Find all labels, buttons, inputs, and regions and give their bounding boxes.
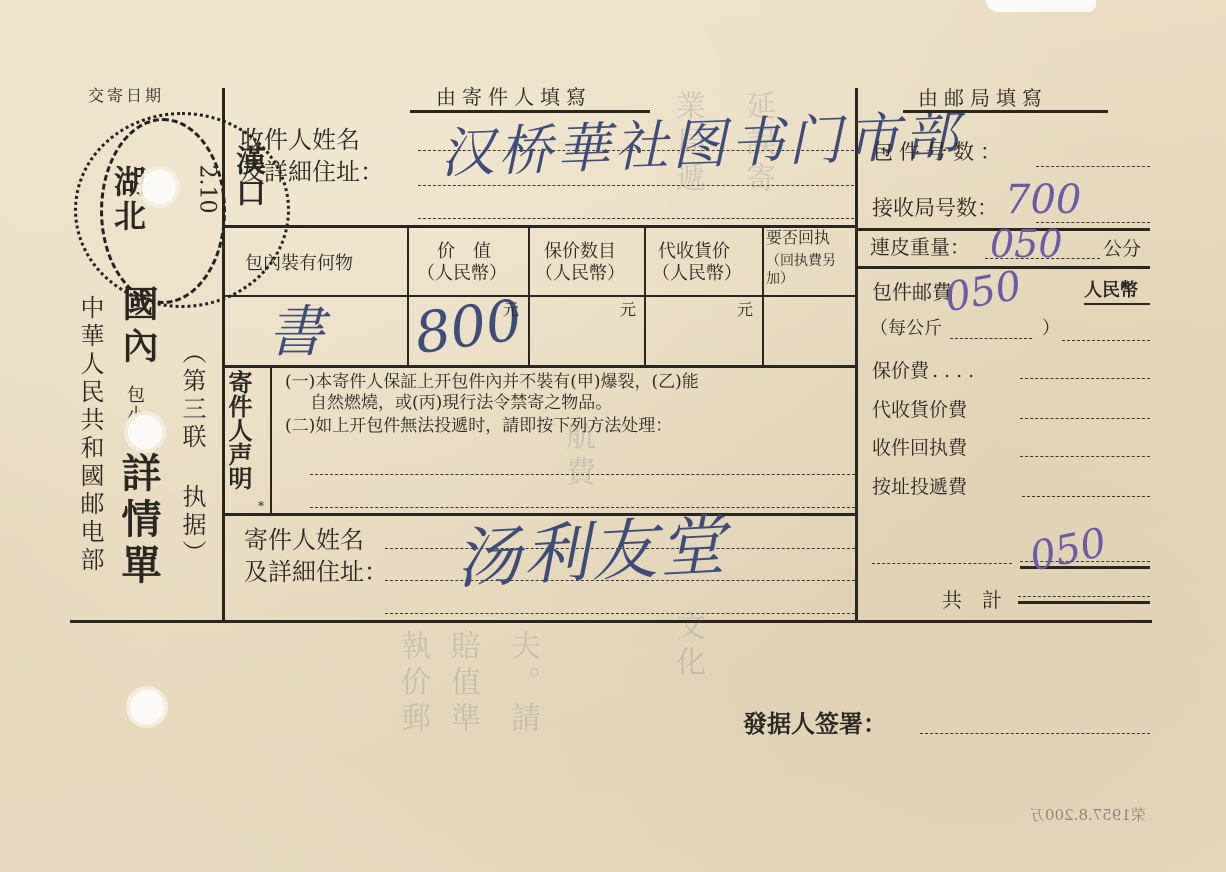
post-office-header: 由邮局填寫	[918, 88, 1048, 108]
declaration-divider	[270, 366, 272, 514]
currency-underline	[1084, 303, 1150, 305]
table-col-divider	[762, 226, 764, 366]
issuer-vertical: 中華人民共和國邮电部	[78, 295, 102, 575]
postmark-date: 2.10	[195, 165, 217, 214]
table-col-divider	[407, 226, 409, 366]
contents-handwritten[interactable]: 書	[268, 305, 324, 361]
instruction-line	[310, 507, 855, 508]
sender-line	[385, 613, 855, 614]
insurance-fee-label: 保价費	[872, 362, 929, 381]
recipient-label-2: 及詳細住址：	[240, 160, 384, 184]
col-insured-label: 保价数目	[544, 243, 616, 261]
parcel-number-label: 包件号数：	[872, 142, 1007, 163]
receiving-office-label: 接收局号数：	[872, 198, 998, 219]
frame-bottom-line	[70, 620, 1152, 623]
per-kg-label: （每公斤	[870, 320, 942, 338]
instruction-line	[310, 474, 855, 475]
bleed-through-text: 賠值準	[440, 630, 484, 738]
per-kg-close: ）	[1042, 320, 1060, 338]
declaration-line-1a: (一)本寄件人保証上开包件內并不裝有(甲)爆裂，(乙)能	[285, 374, 699, 391]
cod-fee-field[interactable]	[1020, 418, 1150, 419]
col-value-currency: （人民幣）	[417, 265, 507, 283]
issuer-signature-label: 發据人签署：	[743, 712, 887, 736]
declaration-line-2: (二)如上开包件無法投遞时，請即按下列方法处理：	[285, 418, 672, 435]
torn-edge	[986, 0, 1096, 12]
table-col-divider	[644, 226, 646, 366]
bleed-through-text: 執价郵	[390, 630, 434, 738]
sender-top-line	[222, 513, 857, 516]
delivery-fee-label: 按址投遞費	[872, 478, 967, 497]
postage-currency: 人民幣	[1084, 282, 1138, 300]
declaration-mark: *	[258, 500, 264, 512]
col-insured-currency: （人民幣）	[535, 265, 625, 283]
weight-handwritten[interactable]: 050	[990, 225, 1063, 263]
postal-form-paper: 業局遞 延誤寄 航費 執价郵 賠值準 夫。請 文化 交寄日期 湖北 漢口 2.1…	[0, 0, 1226, 872]
col-contents-label: 包內裝有何物	[245, 255, 353, 273]
postage-label: 包件邮費	[872, 282, 952, 302]
col-receipt-note: （回执費另加）	[766, 252, 854, 288]
col-cod-label: 代收貨价	[658, 243, 730, 261]
col-cod-currency: （人民幣）	[652, 265, 742, 283]
insured-unit: 元	[620, 302, 636, 318]
weight-unit: 公分	[1103, 240, 1141, 259]
punch-hole	[130, 690, 164, 724]
weight-label: 連皮重量：	[870, 237, 970, 257]
delivery-fee-field[interactable]	[1022, 496, 1150, 497]
declaration-line-1b: 自然燃燒，或(丙)現行法令禁寄之物品。	[310, 395, 612, 412]
insurance-fee-field[interactable]	[1020, 378, 1150, 379]
sender-handwritten[interactable]: 汤利友堂	[453, 513, 728, 593]
copy-note: （第三联 执据）	[180, 340, 204, 568]
postage-amount-field[interactable]	[1062, 340, 1150, 341]
cod-unit: 元	[737, 302, 753, 318]
bleed-through-text: 夫。請	[500, 630, 544, 738]
cod-fee-label: 代收貨价費	[872, 401, 967, 420]
recipient-line	[418, 185, 854, 186]
receiving-office-handwritten[interactable]: 700	[1005, 180, 1081, 220]
total-label: 共 計	[942, 590, 1002, 610]
postmark-left-text: 湖北	[112, 165, 144, 233]
receipt-fee-field[interactable]	[1020, 456, 1150, 457]
subtotal-handwritten[interactable]: 050	[1027, 522, 1110, 577]
print-mark: 荣1957.8.200万	[1030, 808, 1146, 823]
sender-label-1: 寄件人姓名	[244, 528, 364, 552]
header-underline	[903, 110, 1108, 113]
postage-handwritten[interactable]: 050	[942, 266, 1024, 319]
sender-section-header: 由寄件人填寫	[436, 87, 592, 107]
extra-fee-label-field[interactable]	[872, 563, 1012, 564]
parcel-number-field[interactable]	[1036, 166, 1150, 167]
leader-dots: ....	[932, 362, 980, 381]
value-unit: 元	[503, 302, 519, 318]
punch-hole	[128, 415, 162, 449]
col-value-label: 价 值	[437, 243, 491, 261]
recipient-line	[418, 218, 854, 219]
receipt-fee-label: 收件回执費	[872, 439, 967, 458]
table-col-divider	[528, 226, 530, 366]
header-underline	[410, 110, 650, 113]
total-field[interactable]	[1018, 596, 1150, 597]
declaration-label: 寄件人声明	[226, 370, 250, 490]
col-receipt-label: 要否回执	[766, 230, 830, 246]
per-kg-field[interactable]	[950, 338, 1032, 339]
sender-label-2: 及詳細住址：	[244, 560, 388, 584]
recipient-label-1: 收件人姓名	[240, 128, 360, 152]
date-label: 交寄日期	[88, 88, 164, 104]
punch-hole	[142, 170, 176, 204]
issuer-signature-field[interactable]	[920, 733, 1150, 734]
title-top: 國內	[120, 285, 156, 369]
title-bottom: 詳情單	[118, 452, 158, 590]
total-rule	[1018, 601, 1150, 604]
